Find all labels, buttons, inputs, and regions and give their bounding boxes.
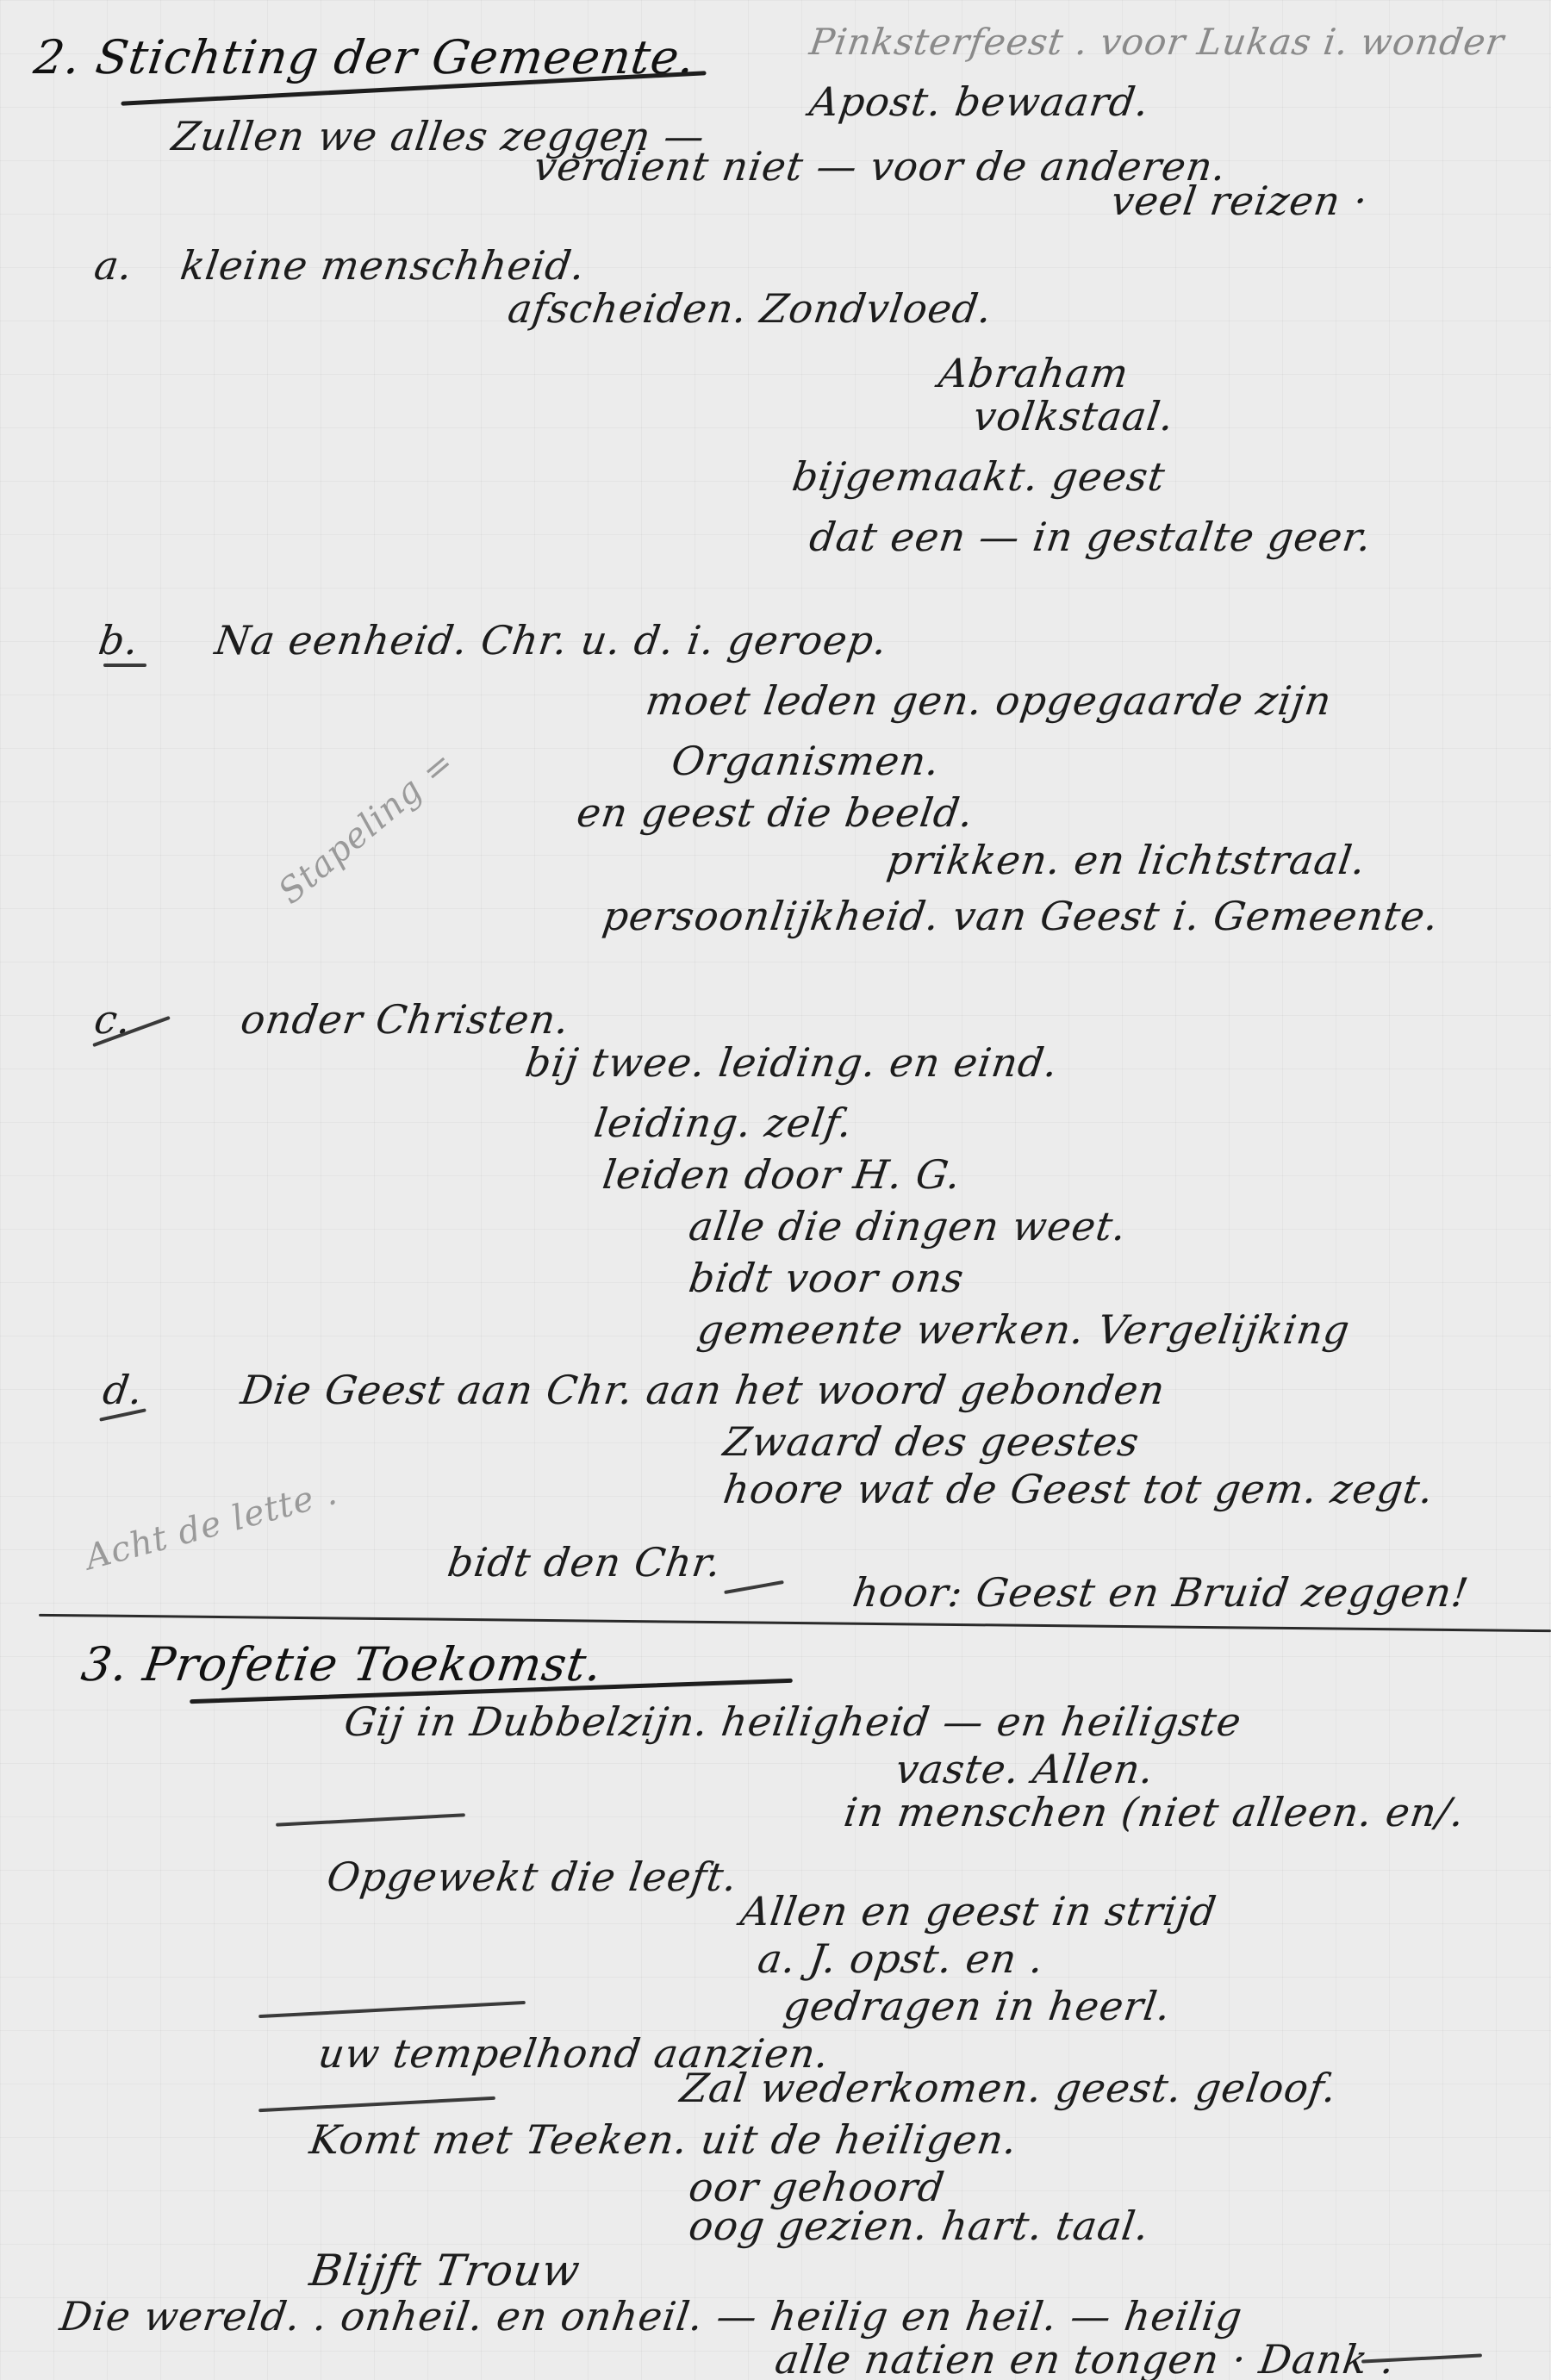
s3-line-5: Allen en geest in strijd <box>738 1891 1219 1931</box>
s3-line-13: Blijft Trouw <box>307 2249 582 2292</box>
s3-line-3: in menschen (niet alleen. en/. <box>842 1792 1467 1832</box>
s3-line-10: Komt met Teeken. uit de heiligen. <box>308 2120 1020 2159</box>
section-a-label: a. <box>92 246 136 285</box>
section-c-heading: onder Christen. <box>239 1000 572 1039</box>
d-line-4: hoor: Geest en Bruid zeggen! <box>850 1573 1472 1612</box>
s3-dash-2 <box>258 2001 526 2018</box>
a-line-3: volkstaal. <box>971 396 1177 436</box>
c-line-2: leiding. zelf. <box>592 1103 856 1143</box>
s3-line-7: gedragen in heerl. <box>782 1986 1174 2026</box>
b-line-3: en geest die beeld. <box>575 793 976 832</box>
top-right-faint-note: Pinksterfeest . voor Lukas i. wonder <box>807 24 1507 60</box>
s3-line-11: oor gehoord <box>687 2167 948 2207</box>
s3-line-15: alle natien en tongen · Dank . <box>773 2340 1398 2379</box>
c-line-5: bidt voor ons <box>687 1258 967 1298</box>
d-line-1: Zwaard des geestes <box>721 1422 1142 1461</box>
section-3-heading: 3. Profetie Toekomst. <box>78 1642 605 1688</box>
c-line-4: alle die dingen weet. <box>687 1206 1130 1246</box>
section-b-heading: Na eenheid. Chr. u. d. i. geroep. <box>213 620 890 660</box>
a-line-2: Abraham <box>937 353 1131 393</box>
s3-dash-1 <box>276 1813 465 1827</box>
manuscript-page: 2. Stichting der Gemeente. Pinksterfeest… <box>0 0 1551 2380</box>
section-divider <box>39 1614 1551 1632</box>
d-double-underline <box>724 1580 784 1594</box>
s3-line-12: oog gezien. hart. taal. <box>687 2206 1152 2246</box>
section-a-heading: kleine menschheid. <box>178 246 589 285</box>
b-line-1: moet leden gen. opgegaarde zijn <box>644 681 1335 720</box>
section-d-label: d. <box>101 1370 146 1410</box>
section-b-label: b. <box>97 620 142 660</box>
a-line-1: afscheiden. Zondvloed. <box>506 289 995 328</box>
s3-line-1: Gij in Dubbelzijn. heiligheid — en heili… <box>342 1702 1244 1741</box>
b-line-2: Organismen. <box>670 741 943 781</box>
c-line-6: gemeente werken. Vergelijking <box>695 1310 1353 1349</box>
b-margin-pencil-note: Stapeling = <box>272 745 460 910</box>
s3-line-4: Opgewekt die leeft. <box>325 1857 740 1897</box>
b-label-underline <box>103 664 146 667</box>
a-line-5: dat een — in gestalte geer. <box>807 517 1374 557</box>
section-d-heading: Die Geest aan Chr. aan het woord gebonde… <box>239 1370 1168 1410</box>
c-line-1: bij twee. leiding. en eind. <box>523 1043 1061 1082</box>
s3-dash-3 <box>258 2097 495 2112</box>
d-line-2: hoore wat de Geest tot gem. zegt. <box>721 1469 1436 1509</box>
s3-line-9: Zal wederkomen. geest. geloof. <box>678 2068 1340 2108</box>
b-line-4: prikken. en lichtstraal. <box>885 840 1368 880</box>
section-2-heading: 2. Stichting der Gemeente. <box>31 34 698 81</box>
a-line-4: bijgemaakt. geest <box>790 457 1168 496</box>
s3-line-2: vaste. Allen. <box>894 1749 1157 1789</box>
s2-line-4: veel reizen · <box>1109 181 1370 221</box>
s3-line-6: a. J. opst. en . <box>756 1939 1047 1978</box>
s3-line-14: Die wereld. . onheil. en onheil. — heili… <box>58 2296 1245 2336</box>
s2-line-1: Apost. bewaard. <box>807 82 1152 121</box>
d-line-3: bidt den Chr. <box>445 1542 724 1582</box>
c-line-3: leiden door H. G. <box>601 1155 964 1194</box>
b-line-5: persoonlijkheid. van Geest i. Gemeente. <box>601 896 1442 936</box>
d-margin-pencil-note: Acht de lette . <box>82 1475 341 1575</box>
